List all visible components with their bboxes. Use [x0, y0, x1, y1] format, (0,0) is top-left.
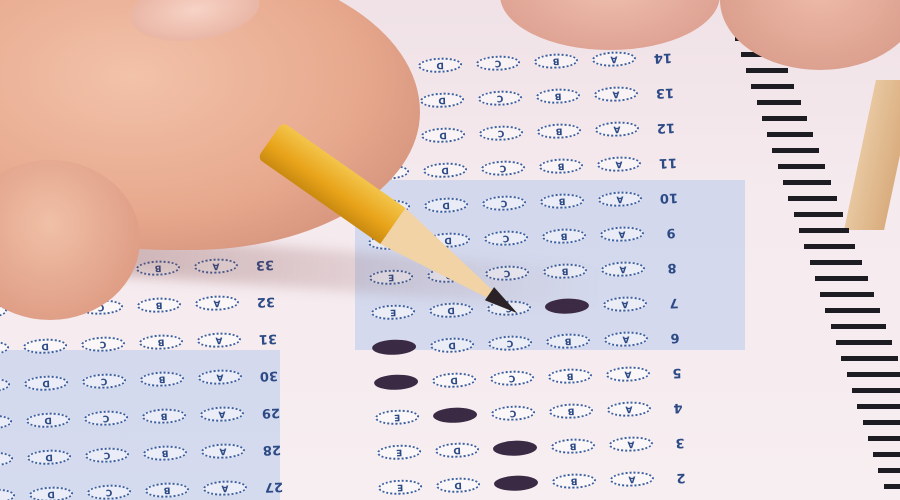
timing-mark: [815, 276, 868, 281]
answer-bubble-c[interactable]: C: [477, 90, 521, 107]
timing-mark: [820, 292, 874, 297]
question-number: 7: [660, 294, 687, 310]
answer-bubble-a[interactable]: A: [199, 406, 243, 423]
question-number: 10: [656, 189, 683, 205]
question-number: 11: [654, 154, 681, 170]
answer-bubble-c[interactable]: C: [494, 475, 538, 492]
timing-mark: [799, 228, 849, 233]
answer-row: EDCBA3: [376, 434, 692, 460]
answer-bubble-a[interactable]: A: [604, 331, 648, 348]
timing-mark: [767, 132, 813, 137]
answer-bubble-c[interactable]: C: [83, 410, 127, 427]
answer-bubble-a[interactable]: A: [607, 401, 651, 418]
answer-bubble-d[interactable]: D: [434, 442, 478, 459]
answer-bubble-c[interactable]: C: [492, 440, 536, 457]
answer-bubble-e[interactable]: E: [370, 304, 414, 321]
answer-bubble-b[interactable]: B: [540, 193, 584, 210]
answer-bubble-e[interactable]: E: [372, 339, 416, 356]
timing-mark: [751, 84, 794, 89]
question-number: 31: [254, 330, 281, 346]
question-number: 28: [259, 441, 286, 457]
timing-mark: [804, 244, 855, 249]
answer-bubble-b[interactable]: B: [552, 473, 596, 490]
timing-mark: [857, 404, 900, 409]
question-number: 2: [668, 469, 695, 485]
question-number: 4: [665, 399, 692, 415]
timing-mark: [757, 100, 801, 105]
answer-bubble-b[interactable]: B: [143, 445, 187, 462]
answer-bubble-d[interactable]: D: [24, 375, 68, 392]
answer-bubble-b[interactable]: B: [538, 158, 582, 175]
answer-bubble-c[interactable]: C: [482, 195, 526, 212]
answer-bubble-d[interactable]: D: [418, 57, 462, 74]
answer-bubble-d[interactable]: D: [25, 412, 69, 429]
question-number: 9: [657, 224, 684, 240]
answer-bubble-b[interactable]: B: [140, 371, 184, 388]
answer-bubble-e[interactable]: E: [0, 414, 12, 431]
answer-bubble-c[interactable]: C: [476, 55, 520, 72]
answer-bubble-c[interactable]: C: [86, 484, 130, 500]
answer-bubble-b[interactable]: B: [141, 408, 185, 425]
answer-bubble-b[interactable]: B: [546, 333, 590, 350]
answer-bubble-a[interactable]: A: [601, 261, 645, 278]
answer-bubble-a[interactable]: A: [596, 156, 640, 173]
answer-bubble-d[interactable]: D: [27, 449, 71, 466]
answer-bubble-e[interactable]: E: [375, 409, 419, 426]
answer-bubble-a[interactable]: A: [602, 296, 646, 313]
timing-mark: [884, 484, 900, 489]
answer-bubble-a[interactable]: A: [605, 366, 649, 383]
question-number: 29: [257, 404, 284, 420]
answer-bubble-c[interactable]: C: [491, 405, 535, 422]
answer-bubble-c[interactable]: C: [489, 370, 533, 387]
answer-bubble-e[interactable]: E: [373, 374, 417, 391]
thumbnail: [126, 0, 263, 49]
answer-bubble-d[interactable]: D: [422, 162, 466, 179]
answer-bubble-a[interactable]: A: [195, 295, 239, 312]
question-number: 14: [650, 49, 677, 65]
answer-bubble-d[interactable]: D: [431, 372, 475, 389]
timing-mark: [778, 164, 825, 169]
answer-bubble-d[interactable]: D: [421, 127, 465, 144]
answer-bubble-a[interactable]: A: [196, 332, 240, 349]
answer-bubble-d[interactable]: D: [419, 92, 463, 109]
answer-bubble-c[interactable]: C: [82, 373, 126, 390]
answer-bubble-a[interactable]: A: [599, 226, 643, 243]
question-number: 13: [651, 84, 678, 100]
answer-bubble-a[interactable]: A: [595, 121, 639, 138]
answer-bubble-c[interactable]: C: [85, 447, 129, 464]
answer-bubble-b[interactable]: B: [547, 368, 591, 385]
answer-bubble-b[interactable]: B: [550, 438, 594, 455]
timing-mark: [847, 372, 900, 377]
answer-bubble-c[interactable]: C: [479, 125, 523, 142]
answer-bubble-e[interactable]: E: [0, 451, 13, 468]
question-number: 3: [666, 434, 693, 450]
question-number: 27: [260, 478, 287, 494]
timing-mark: [762, 116, 807, 121]
timing-mark: [788, 196, 837, 201]
question-number: 12: [653, 119, 680, 135]
answer-bubble-a[interactable]: A: [598, 191, 642, 208]
answer-row: EDCBA5: [373, 364, 689, 390]
answer-bubble-d[interactable]: D: [22, 338, 66, 355]
timing-mark: [772, 148, 818, 153]
answer-bubble-e[interactable]: E: [0, 488, 15, 500]
timing-mark: [868, 436, 900, 441]
answer-bubble-b[interactable]: B: [144, 482, 188, 499]
answer-bubble-a[interactable]: A: [202, 480, 246, 497]
answer-row: EDCBA4: [375, 399, 691, 425]
photo-scene: EDCBA34EDCBA33EDCBA32EDCBA31EDCBA30EDCBA…: [0, 0, 900, 500]
timing-mark: [831, 324, 886, 329]
answer-bubble-b[interactable]: B: [138, 334, 182, 351]
answer-bubble-b[interactable]: B: [537, 123, 581, 140]
answer-bubble-e[interactable]: E: [376, 444, 420, 461]
timing-mark: [878, 468, 900, 473]
question-number: 8: [659, 259, 686, 275]
answer-bubble-b[interactable]: B: [549, 403, 593, 420]
timing-mark: [810, 260, 862, 265]
answer-bubble-a[interactable]: A: [608, 436, 652, 453]
timing-mark: [794, 212, 844, 217]
answer-row: EDCBA11: [364, 154, 680, 180]
question-number: 32: [253, 293, 280, 309]
answer-bubble-b[interactable]: B: [541, 228, 585, 245]
timing-mark: [873, 452, 900, 457]
answer-bubble-c[interactable]: C: [483, 230, 527, 247]
question-number: 6: [662, 329, 689, 345]
timing-mark: [836, 340, 892, 345]
answer-bubble-c[interactable]: C: [480, 160, 524, 177]
answer-bubble-b[interactable]: B: [137, 297, 181, 314]
answer-bubble-d[interactable]: D: [424, 197, 468, 214]
answer-bubble-e[interactable]: E: [0, 377, 10, 394]
timing-mark: [825, 308, 879, 313]
answer-bubble-a[interactable]: A: [201, 443, 245, 460]
answer-bubble-a[interactable]: A: [592, 51, 636, 68]
answer-bubble-d[interactable]: D: [433, 407, 477, 424]
timing-mark: [783, 180, 831, 185]
answer-bubble-d[interactable]: D: [430, 337, 474, 354]
timing-mark: [746, 68, 788, 73]
question-number: 30: [256, 367, 283, 383]
answer-bubble-a[interactable]: A: [198, 369, 242, 386]
answer-bubble-a[interactable]: A: [593, 86, 637, 103]
answer-row: EDCBA2: [378, 469, 694, 495]
answer-bubble-d[interactable]: D: [28, 486, 72, 500]
answer-bubble-e[interactable]: E: [378, 479, 422, 496]
answer-bubble-b[interactable]: B: [534, 53, 578, 70]
answer-bubble-e[interactable]: E: [0, 340, 9, 357]
answer-bubble-c[interactable]: C: [80, 336, 124, 353]
timing-mark: [841, 356, 898, 361]
answer-bubble-b[interactable]: B: [535, 88, 579, 105]
answer-bubble-a[interactable]: A: [610, 471, 654, 488]
question-number: 5: [663, 364, 690, 380]
timing-mark: [852, 388, 900, 393]
timing-mark: [863, 420, 900, 425]
answer-bubble-d[interactable]: D: [436, 477, 480, 494]
